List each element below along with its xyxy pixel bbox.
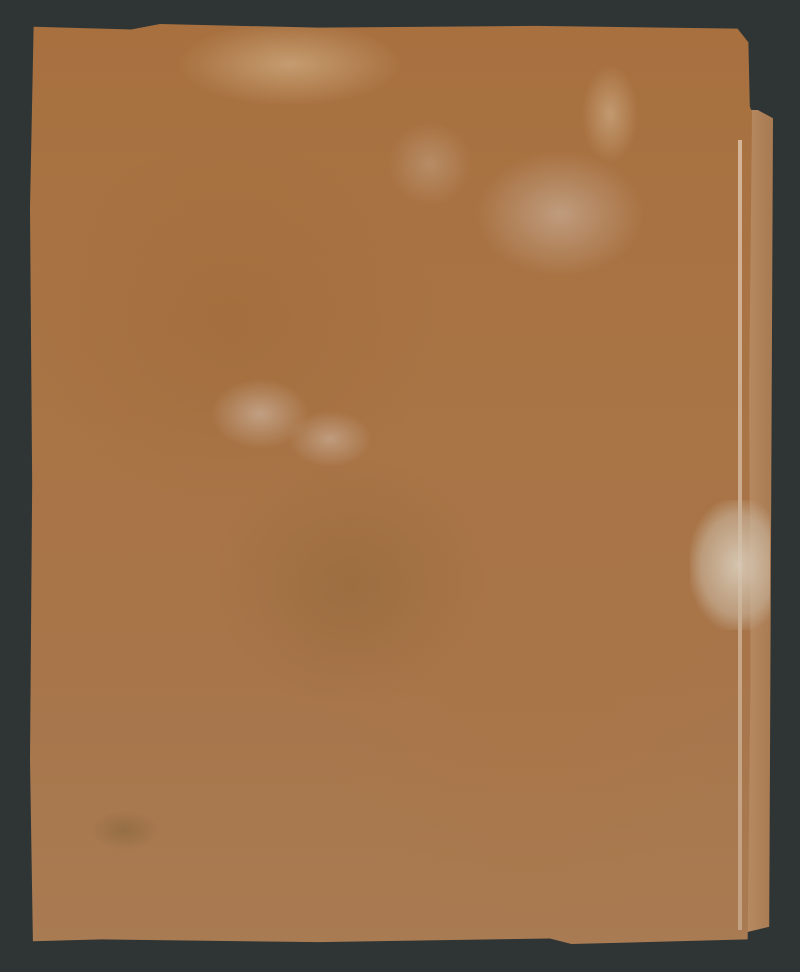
photo-scene: Back of a stamp showing brown paper with… [0, 0, 800, 972]
thin-spot [690, 500, 770, 630]
pencil-mark [90, 810, 160, 850]
stamp-back [30, 24, 752, 944]
